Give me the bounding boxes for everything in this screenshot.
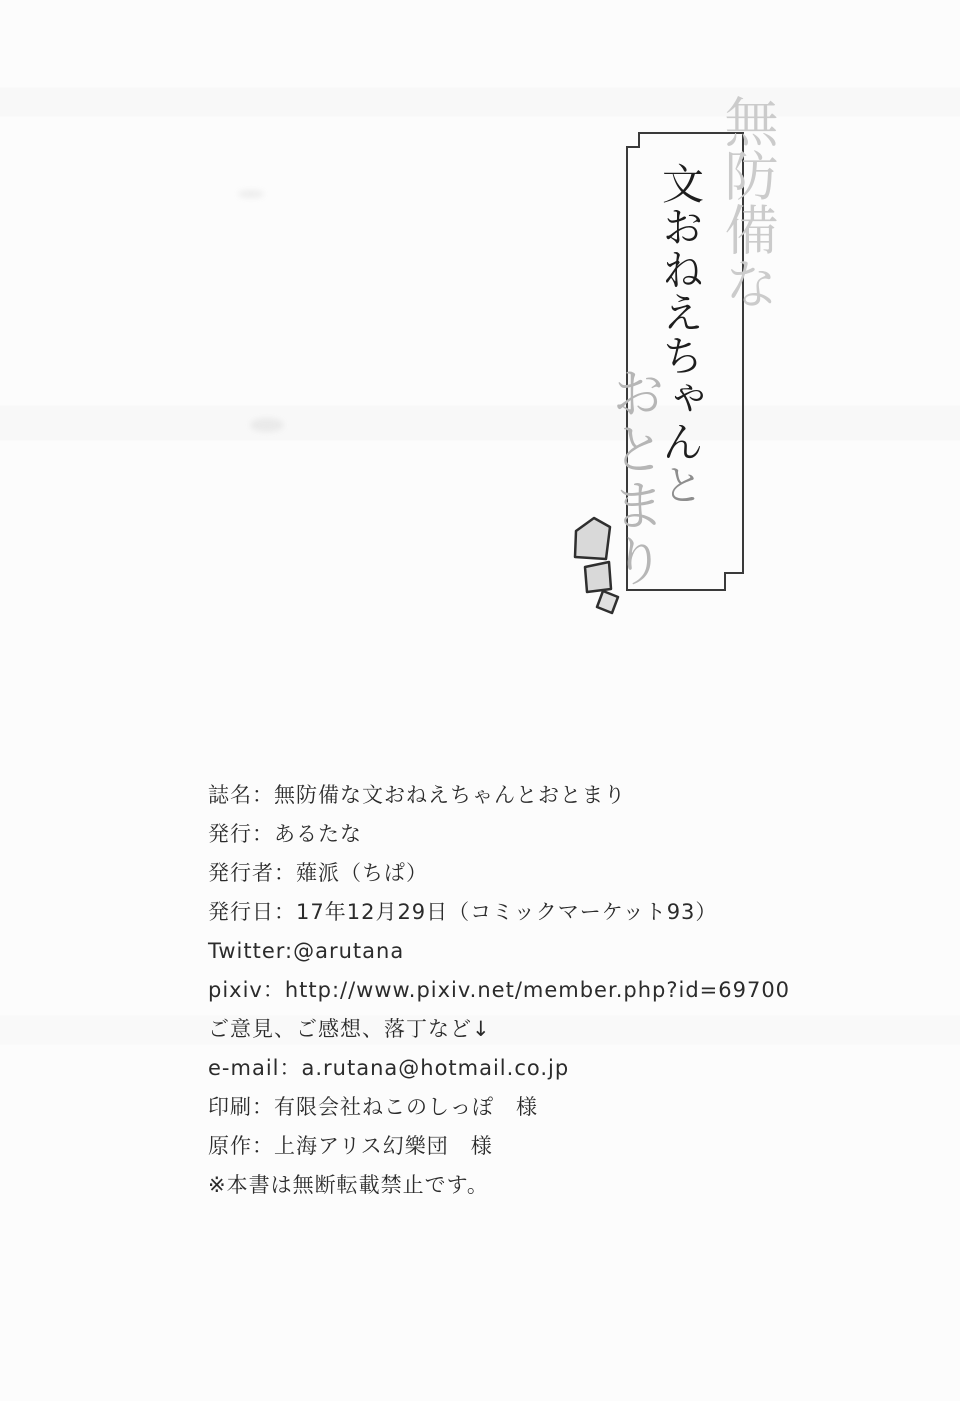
title-layer-back: 無防備な (709, 94, 786, 310)
colophon-line-pixiv-url: pixiv：http://www.pixiv.net/member.php?id… (208, 971, 790, 1010)
colophon-line-author: 発行者：薙派（ちぱ） (208, 854, 790, 893)
scanned-colophon-page: 無防備な 文おねえちゃんと おとまり 誌名：無防備な文おねえちゃんとおとまり 発… (0, 0, 960, 1401)
scan-smudge (250, 418, 284, 432)
colophon-line-publish-date: 発行日：17年12月29日（コミックマーケット93） (208, 893, 790, 932)
colophon-line-twitter: Twitter:@arutana (208, 932, 790, 971)
scan-smudge (238, 190, 264, 198)
colophon-line-email: e-mail：a.rutana@hotmail.co.jp (208, 1049, 790, 1088)
colophon-line-copyright-notice: ※本書は無断転載禁止です。 (208, 1166, 790, 1205)
title-layer-front: おとまり (596, 365, 673, 589)
decor-square-small-icon (597, 591, 618, 613)
colophon-line-book-title: 誌名：無防備な文おねえちゃんとおとまり (208, 776, 790, 815)
colophon-block: 誌名：無防備な文おねえちゃんとおとまり 発行：あるたな 発行者：薙派（ちぱ） 発… (208, 776, 790, 1205)
colophon-line-printer: 印刷：有限会社ねこのしっぽ 様 (208, 1088, 790, 1127)
colophon-line-feedback-note: ご意見、ご感想、落丁など↓ (208, 1010, 790, 1049)
colophon-line-publisher-circle: 発行：あるたな (208, 815, 790, 854)
colophon-line-original-work: 原作：上海アリス幻樂団 様 (208, 1127, 790, 1166)
